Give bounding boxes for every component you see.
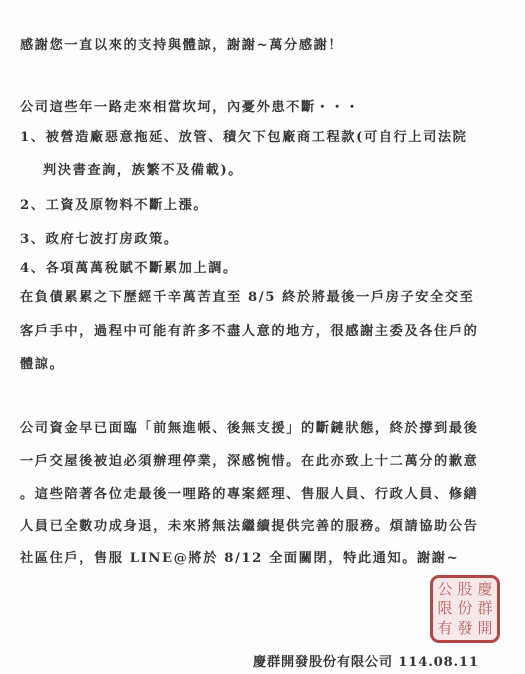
- paragraph1-line-3: 體諒。: [20, 357, 64, 373]
- reason-1-line-2: 判決書查詢，族繁不及備載)。: [43, 163, 243, 179]
- intro-line: 公司這些年一路走來相當坎坷，內憂外患不斷・・・: [20, 100, 360, 116]
- seal-char: 公: [435, 580, 455, 599]
- seal-char: 群: [475, 599, 495, 618]
- paragraph1-line-2: 客戶手中，過程中可能有許多不盡人意的地方，很感謝主委及各住戶的: [20, 324, 478, 340]
- paragraph2-line-2: 一戶交屋後被迫必須辦理停業，深感惋惜。在此亦致上十二萬分的歉意: [20, 454, 478, 470]
- reason-2: 2、工資及原物料不斷上漲。: [20, 198, 208, 214]
- paragraph2-line-5: 社區住戶，售服 LINE@將於 8/12 全面關閉，特此通知。謝謝~: [20, 551, 459, 567]
- letter-page: 感謝您一直以來的支持與體諒，謝謝~萬分感謝！ 公司這些年一路走來相當坎坷，內憂外…: [0, 0, 525, 674]
- signature-line: 慶群開發股份有限公司 114.08.11: [253, 651, 479, 670]
- paragraph2-line-4: 人員已全數功成身退，未來將無法繼續提供完善的服務。煩請協助公告: [20, 519, 478, 535]
- paragraph2-line-1: 公司資金早已面臨「前無進帳、後無支援」的斷鏈狀態，終於撐到最後: [20, 421, 478, 437]
- seal-char: 慶: [475, 580, 495, 599]
- seal-char: 股: [455, 580, 475, 599]
- reason-1-line-1: 1、被營造廠惡意拖延、放管、積欠下包廠商工程款(可自行上司法院: [20, 130, 467, 146]
- paragraph2-line-3: 。這些陪著各位走最後一哩路的專案經理、售服人員、行政人員、修繕: [20, 487, 478, 503]
- company-seal-stamp: 公 股 慶 限 份 群 有 發 開: [430, 575, 500, 643]
- seal-char: 發: [455, 619, 475, 638]
- paragraph1-line-1: 在負債累累之下歷經千辛萬苦直至 8/5 終於將最後一戶房子安全交至: [20, 290, 474, 306]
- seal-char: 份: [455, 599, 475, 618]
- seal-char: 有: [435, 619, 455, 638]
- greeting-line: 感謝您一直以來的支持與體諒，謝謝~萬分感謝！: [20, 38, 343, 54]
- seal-char: 限: [435, 599, 455, 618]
- seal-char: 開: [475, 619, 495, 638]
- reason-3: 3、政府七波打房政策。: [20, 232, 179, 248]
- reason-4: 4、各項萬萬稅賦不斷累加上調。: [20, 261, 238, 277]
